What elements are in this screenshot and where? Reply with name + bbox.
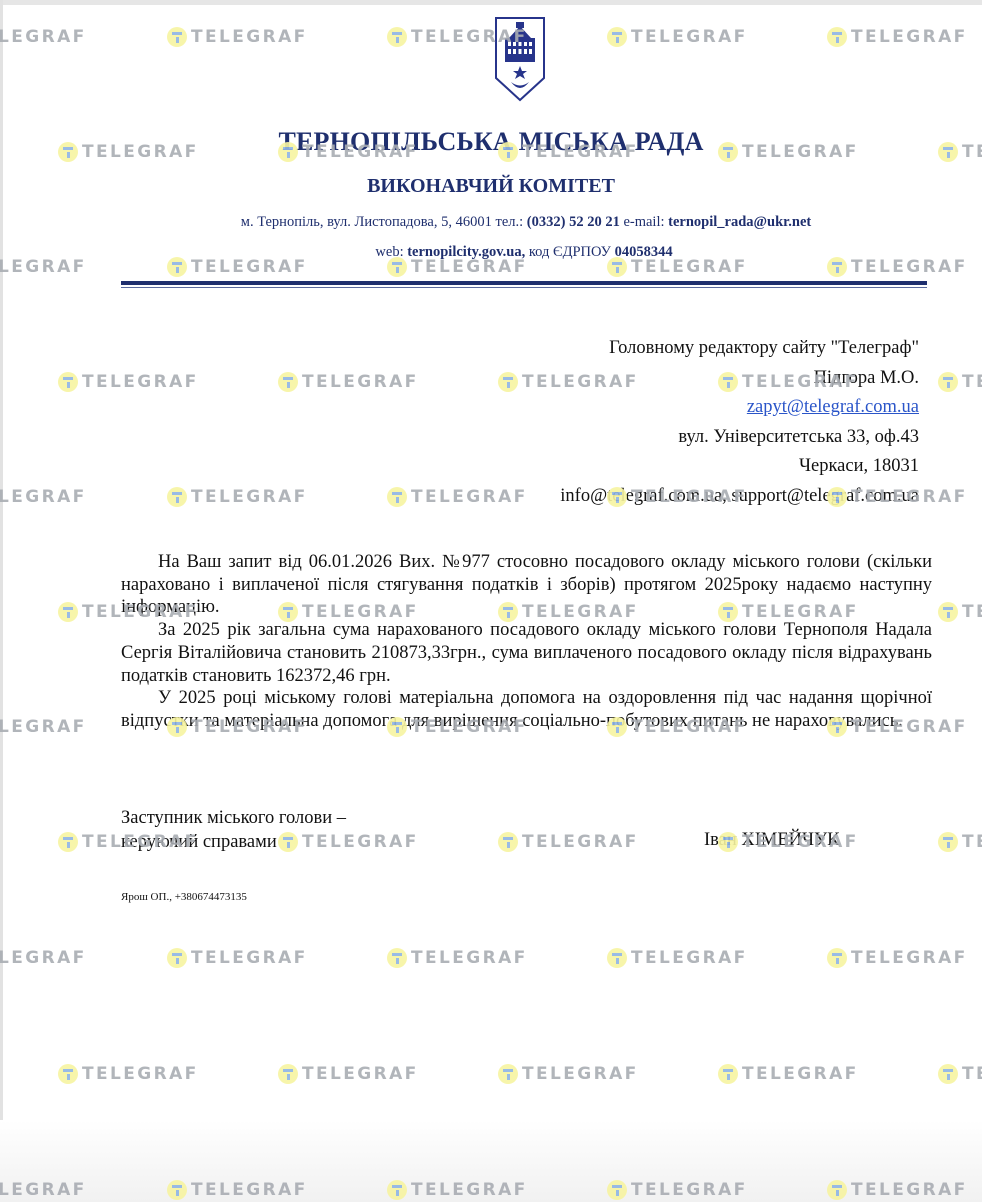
signatory-position: Заступник міського голови – керуючий спр… <box>121 806 346 854</box>
body-paragraph: За 2025 рік загальна сума нарахованого п… <box>121 619 932 687</box>
signatory-name: Іван ХІМЕЙЧУК <box>704 830 839 851</box>
addressee-city: Черкаси, 18031 <box>560 452 919 482</box>
council-address: м. Тернопіль, вул. Листопадова, 5, 46001… <box>241 214 527 230</box>
council-phone: (0332) 52 20 21 <box>527 214 620 230</box>
council-website: ternopilcity.gov.ua, <box>407 244 525 260</box>
addressee-emails: info@telegraf.com.ua, support@telegraf.c… <box>560 482 919 512</box>
letterhead-divider <box>121 281 927 285</box>
council-web-line: web: ternopilcity.gov.ua, код ЄДРПОУ 040… <box>0 244 982 261</box>
council-title: ТЕРНОПІЛЬСЬКА МІСЬКА РАДА <box>0 127 982 157</box>
council-contacts-line: м. Тернопіль, вул. Листопадова, 5, 46001… <box>0 214 982 231</box>
addressee-name: Підгора М.О. <box>560 364 919 394</box>
body-paragraph: У 2025 році міському голові матеріальна … <box>121 687 932 732</box>
committee-subtitle: ВИКОНАВЧИЙ КОМІТЕТ <box>0 175 982 198</box>
signatory-position-line: Заступник міського голови – <box>121 806 346 830</box>
signatory-position-line: керуючий справами <box>121 830 346 854</box>
council-email: ternopil_rada@ukr.net <box>668 214 811 230</box>
web-label: web: <box>375 244 407 260</box>
executor-contact: Ярош ОП., +380674473135 <box>121 891 247 903</box>
addressee-email-link[interactable]: zapyt@telegraf.com.ua <box>747 397 919 417</box>
addressee-street: вул. Університетська 33, оф.43 <box>560 423 919 453</box>
addressee-line: Головному редактору сайту "Телеграф" <box>560 334 919 364</box>
edrpou-label: код ЄДРПОУ <box>525 244 614 260</box>
letterhead-divider-thin <box>121 287 927 288</box>
council-edrpou: 04058344 <box>615 244 673 260</box>
city-coat-of-arms-icon <box>494 16 546 102</box>
letter-body: На Ваш запит від 06.01.2026 Вих. №977 ст… <box>121 551 932 733</box>
body-paragraph: На Ваш запит від 06.01.2026 Вих. №977 ст… <box>121 551 932 619</box>
document-page: ТЕРНОПІЛЬСЬКА МІСЬКА РАДА ВИКОНАВЧИЙ КОМ… <box>0 0 982 1202</box>
email-label: e-mail: <box>620 214 668 230</box>
addressee-block: Головному редактору сайту "Телеграф" Під… <box>560 334 919 511</box>
